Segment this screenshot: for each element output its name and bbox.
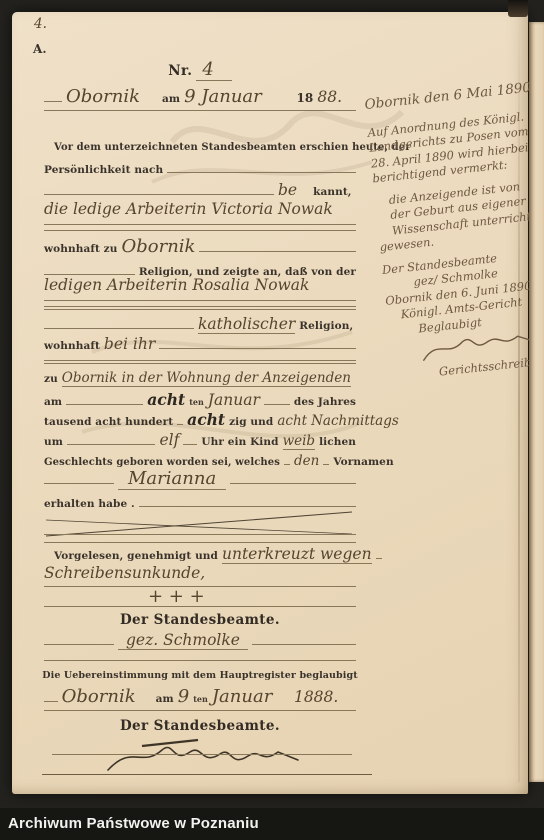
ruled-line (44, 363, 356, 364)
crosses-line: + + + (44, 586, 356, 607)
cancellation-strokes (44, 508, 356, 544)
am-label-2: am (44, 396, 62, 408)
date-line: Obornik am 9 Januar 18 88. (44, 86, 356, 111)
birthplace-label: zu (44, 373, 58, 385)
ruled-line (44, 542, 356, 543)
religion-label: Religion, (299, 320, 353, 332)
day-entry: acht (147, 390, 185, 409)
registrar2-label: Der Standesbeamte. (120, 718, 280, 734)
series-letter: A. (33, 42, 47, 56)
record-number-line: Nr. 4 (44, 59, 356, 81)
date-entry: 9 Januar (184, 86, 262, 107)
ruled-line (44, 309, 356, 310)
decade-entry: acht (187, 410, 225, 429)
residence-line: wohnhaft zu Obornik (44, 236, 356, 257)
den-entry: den (294, 453, 319, 469)
closing-printed: Vorgelesen, genehmigt und (54, 550, 218, 562)
um-label: um (44, 436, 63, 448)
sex-entry: weib (283, 433, 316, 450)
closing-line-2: Schreibensunkunde, (44, 564, 356, 587)
hour-entry: elf (159, 431, 179, 449)
ruled-line (44, 306, 356, 307)
cert-am-label: am (156, 693, 174, 705)
ruled-line (44, 360, 356, 361)
ruled-line (44, 534, 356, 535)
certification-date-line: Obornik am 9 ten Januar 1888. (44, 686, 356, 711)
mother-entry: ledigen Arbeiterin Rosalia Nowak (44, 276, 309, 294)
signature-underline (52, 754, 352, 755)
page-number: 4. (34, 16, 47, 32)
residence-entry: Obornik (121, 236, 195, 257)
binding-clip (508, 0, 528, 17)
ruled-line (44, 660, 356, 661)
residence2-line: wohnhaft bei ihr (44, 334, 356, 353)
closing-line-1: Vorgelesen, genehmigt und unterkreuzt we… (44, 544, 356, 564)
sex-line-label: Geschlechts geboren worden sei, welches (44, 457, 280, 468)
intro-text-1: Vor dem unterzeichneten Standesbeamten e… (54, 142, 411, 153)
record-number-value: 4 (196, 59, 231, 81)
cert-place-entry: Obornik (62, 686, 136, 707)
registry-page: 4. A. Nr. 4 Obornik am 9 Januar 18 88. V… (12, 12, 528, 794)
birthyear-line: tausend acht hundert acht zig und acht N… (44, 410, 356, 429)
registrar2-heading: Der Standesbeamte. (44, 718, 356, 734)
birthplace-entry: Obornik in der Wohnung der Anzeigenden (62, 370, 351, 387)
cert-year-entry: 1888. (294, 688, 338, 706)
place-entry: Obornik (66, 86, 140, 107)
mother-religion-line: katholischer Religion, (44, 314, 356, 334)
registrar-heading: Der Standesbeamte. (44, 612, 356, 628)
zig-label: zig und (229, 416, 273, 428)
signature-scrawl (102, 734, 322, 778)
known-printed: kannt, (313, 186, 351, 198)
residence-label: wohnhaft zu (44, 243, 117, 255)
registrar-label: Der Standesbeamte. (120, 612, 280, 628)
thousand-label: tausend acht hundert (44, 416, 173, 428)
final-rule (42, 774, 372, 775)
birthplace-line: zu Obornik in der Wohnung der Anzeigende… (44, 368, 356, 387)
month-entry: Januar (208, 391, 260, 409)
certification-label: Die Uebereinstimmung mit dem Hauptregist… (42, 670, 357, 681)
registrar-signature: gez. Schmolke (118, 631, 248, 650)
known-line: be kannt, (44, 180, 356, 199)
vornamen-label: Vornamen (333, 456, 393, 468)
daytime-entry: Nachmittags (311, 413, 399, 429)
birthday-line: am acht ten Januar des Jahres (44, 390, 356, 409)
cert-day-entry: 9 (178, 686, 189, 707)
margin-annotation: Obornik den 6 Mai 1890 Auf Anordnung des… (364, 79, 544, 385)
next-page-edge (529, 22, 544, 782)
day-suffix: ten (189, 397, 204, 407)
mother-line: ledigen Arbeiterin Rosalia Nowak (44, 276, 356, 301)
archive-watermark: Archiwum Państwowe w Poznaniu (8, 815, 259, 832)
registrar-signature-line: gez. Schmolke (44, 630, 356, 650)
page-crease (518, 22, 520, 782)
residence2-entry: bei ihr (104, 335, 155, 353)
residence2-label: wohnhaft (44, 340, 100, 352)
year-of-label: des Jahres (294, 396, 356, 408)
declarant-line: die ledige Arbeiterin Victoria Nowak (44, 200, 356, 225)
intro-line-1: Vor dem unterzeichneten Standesbeamten e… (44, 136, 356, 153)
intro-text-2: Persönlichkeit nach (44, 164, 163, 176)
known-hand-entry: be (278, 181, 297, 199)
document-scan: 4. A. Nr. 4 Obornik am 9 Januar 18 88. V… (0, 0, 544, 840)
closing-hand-1: unterkreuzt wegen (222, 545, 372, 564)
ruled-line (44, 230, 356, 231)
cert-day-suffix: ten (193, 694, 208, 704)
uhr-label: Uhr ein Kind (201, 436, 278, 448)
birth-hour-line: um elf Uhr ein Kind weib lichen (44, 430, 356, 450)
closing-hand-2: Schreibensunkunde, (44, 564, 205, 582)
child-name-entry: Marianna (118, 468, 226, 490)
nr-label: Nr. (168, 63, 192, 79)
sex-line: Geschlechts geboren worden sei, welches … (44, 450, 356, 469)
year-prefix: 18 (296, 91, 313, 105)
am-label: am (162, 93, 180, 105)
units-entry: acht (277, 413, 307, 429)
handsign-crosses: + + + (148, 586, 205, 607)
lichen-label: lichen (319, 436, 356, 448)
declarant-entry: die ledige Arbeiterin Victoria Nowak (44, 200, 333, 218)
cert-month-entry: Januar (212, 686, 272, 707)
mother-religion-entry: katholischer (198, 315, 295, 334)
year-entry: 88. (317, 88, 342, 106)
intro-line-2: Persönlichkeit nach (44, 158, 356, 176)
child-name-line: Marianna (44, 468, 356, 490)
certification-line: Die Uebereinstimmung mit dem Hauptregist… (44, 670, 356, 681)
